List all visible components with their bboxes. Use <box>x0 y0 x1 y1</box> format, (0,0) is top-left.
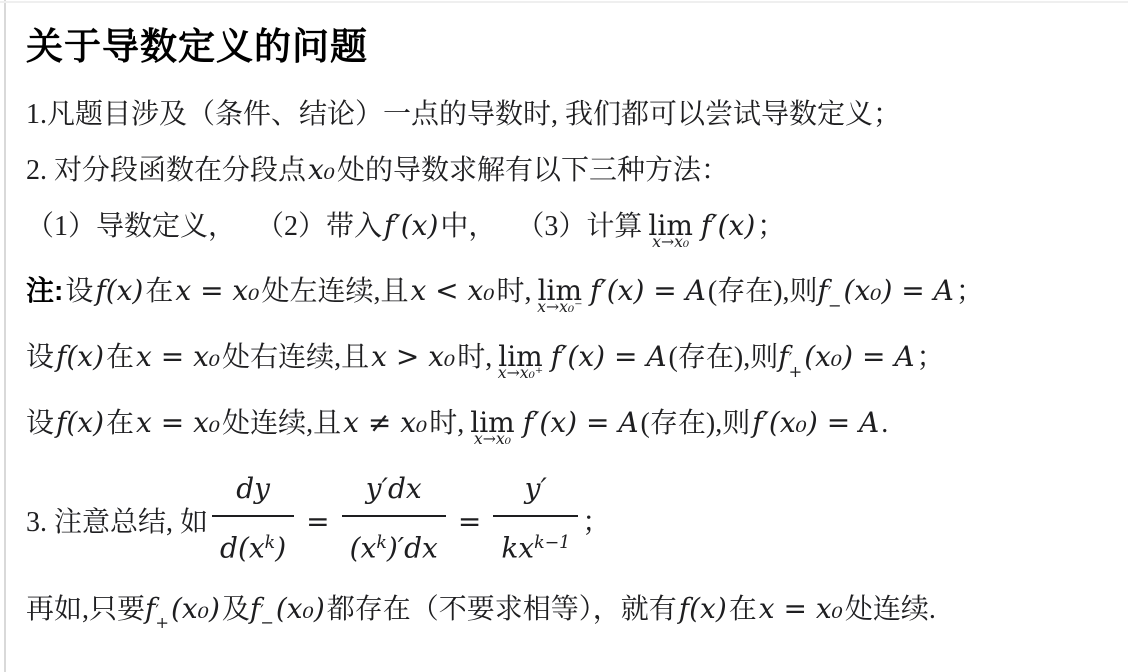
math-inline: f′(x) = A <box>521 406 641 439</box>
math-inline: f′(x₀) = A <box>750 406 881 439</box>
text-run: 再如,只要 <box>26 594 145 625</box>
fraction-denominator: (xk)′dx <box>342 517 446 572</box>
text-run: 2. 对分段函数在分段点 <box>26 155 306 186</box>
math-inline: f′(x) <box>382 209 440 242</box>
math-f: f <box>818 274 828 307</box>
note-line-6: 设f(x)在x = x₀处连续,且x ≠ x₀时,limx→x₀f′(x) = … <box>26 400 1112 447</box>
den-text: )′dx <box>387 532 438 565</box>
den-text: kx <box>501 532 534 565</box>
limit-expression: limx→x₀⁻ <box>532 268 588 315</box>
prime-sign-stack: ′+ <box>155 605 169 630</box>
sign-mark: + <box>789 366 803 379</box>
math-inline: x ≠ x₀ <box>341 406 429 439</box>
text-run: 都存在（不要求相等），就有 <box>327 594 677 625</box>
note-line-1: 1.凡题目涉及（条件、结论）一点的导数时, 我们都可以尝试导数定义； <box>26 92 1112 138</box>
superscript-k: k <box>376 533 387 553</box>
document: 关于导数定义的问题 1.凡题目涉及（条件、结论）一点的导数时, 我们都可以尝试导… <box>0 0 1128 672</box>
text-run: 设 <box>26 342 54 373</box>
fraction-numerator: y′ <box>493 466 578 517</box>
text-run: 1.凡题目涉及（条件、结论）一点的导数时, 我们都可以尝试导数定义； <box>26 99 901 130</box>
text-run: 处左连续,且 <box>261 276 408 307</box>
text-run: 在 <box>145 276 173 307</box>
math-inline: (x₀) = A <box>842 274 956 307</box>
math-f: f <box>250 592 260 625</box>
fraction-ydx-xk-dx: y′dx(xk)′dx <box>338 466 450 572</box>
math-inline: f(x) <box>54 406 106 439</box>
math-f: f <box>145 592 155 625</box>
lim-under: x→x₀⁻ <box>537 284 582 330</box>
prime-sign-stack: ′− <box>828 287 842 312</box>
text-run: 处连续. <box>845 594 936 625</box>
note-line-5: 设f(x)在x = x₀处右连续,且x > x₀时,limx→x₀⁺f′(x) … <box>26 334 1112 381</box>
prime-sign-stack: ′+ <box>789 353 803 378</box>
superscript-k: k <box>265 533 276 553</box>
note-label: 注: <box>26 275 65 306</box>
fraction-numerator: dy <box>212 466 294 517</box>
text-run: （1）导数定义， <box>26 211 236 242</box>
text-run: 中， <box>440 211 496 242</box>
den-text: ) <box>275 532 286 565</box>
sign-mark: − <box>828 300 842 313</box>
text-run: 在 <box>106 408 134 439</box>
document-content: 关于导数定义的问题 1.凡题目涉及（条件、结论）一点的导数时, 我们都可以尝试导… <box>0 0 1128 633</box>
limit-expression: limx→x₀ <box>464 400 520 447</box>
note-line-4: 注:设f(x)在x = x₀处左连续,且x < x₀时,limx→x₀⁻f′(x… <box>26 268 1112 315</box>
text-run: 处连续,且 <box>222 408 341 439</box>
math-inline: f(x) <box>93 274 145 307</box>
fraction-dy-dxk: dyd(xk) <box>208 466 298 572</box>
text-run: 3. 注意总结, 如 <box>26 507 208 538</box>
sign-mark: + <box>155 617 169 630</box>
math-inline: f(x) <box>54 340 106 373</box>
text-run: 在 <box>106 342 134 373</box>
math-inline: (x₀) = A <box>802 340 916 373</box>
note-line-7: 3. 注意总结, 如dyd(xk)=y′dx(xk)′dx=y′kxk−1； <box>26 466 1112 572</box>
math-inline: x = x₀ <box>757 592 845 625</box>
den-text: d(x <box>220 532 265 565</box>
text-run: ； <box>757 211 785 242</box>
fraction-numerator: y′dx <box>342 466 446 517</box>
math-inline: (x₀) <box>274 592 327 625</box>
text-run: （2）带入 <box>270 211 382 242</box>
math-inline: (x₀) <box>169 592 222 625</box>
note-line-8: 再如,只要f′+(x₀)及f′−(x₀)都存在（不要求相等），就有f(x)在x … <box>26 586 1112 633</box>
math-f: f <box>778 340 788 373</box>
f-prime-minus: f′− <box>250 586 274 633</box>
text-run: 在 <box>729 594 757 625</box>
prime-sign-stack: ′− <box>260 605 274 630</box>
text-run: ； <box>582 507 610 538</box>
note-line-2: 2. 对分段函数在分段点x₀处的导数求解有以下三种方法： <box>26 147 1112 194</box>
text-run: 处右连续,且 <box>222 342 369 373</box>
limit-expression: limx→x₀ <box>642 203 698 250</box>
equals-sign: = <box>450 505 489 538</box>
text-run: (存在),则 <box>669 342 779 373</box>
text-run: (存在),则 <box>708 276 818 307</box>
page-title: 关于导数定义的问题 <box>26 16 1112 70</box>
equals-sign: = <box>298 505 337 538</box>
text-run: ； <box>917 342 945 373</box>
text-run: 设 <box>26 408 54 439</box>
math-inline: x₀ <box>306 153 337 186</box>
math-inline: x = x₀ <box>173 274 261 307</box>
f-prime-plus: f′+ <box>778 334 802 381</box>
text-run: （3）计算 <box>530 211 642 242</box>
math-inline: x = x₀ <box>134 340 222 373</box>
text-run: ； <box>956 276 984 307</box>
lim-under: x→x₀ <box>474 416 511 462</box>
lim-under: x→x₀ <box>652 219 689 265</box>
den-text: (x <box>350 532 377 565</box>
math-inline: f′(x) = A <box>588 274 708 307</box>
fraction-denominator: d(xk) <box>212 517 294 572</box>
math-inline: x > x₀ <box>369 340 457 373</box>
math-inline: f′(x) <box>699 209 757 242</box>
superscript-k-minus-1: k−1 <box>534 533 570 553</box>
note-line-3: （1）导数定义，（2）带入f′(x)中，（3）计算limx→x₀f′(x)； <box>26 203 1112 250</box>
math-inline: f′(x) = A <box>549 340 669 373</box>
limit-expression: limx→x₀⁺ <box>492 334 548 381</box>
text-run: . <box>881 408 888 439</box>
f-prime-plus: f′+ <box>145 586 169 633</box>
lim-under: x→x₀⁺ <box>498 350 543 396</box>
f-prime-minus: f′− <box>818 268 842 315</box>
math-inline: f(x) <box>677 592 729 625</box>
text-run: 及 <box>222 594 250 625</box>
text-run: 时, <box>497 276 532 307</box>
math-inline: x = x₀ <box>134 406 222 439</box>
text-run: 时, <box>429 408 464 439</box>
fraction-denominator: kxk−1 <box>493 517 578 572</box>
text-run: 时, <box>457 342 492 373</box>
fraction-yprime-kxk1: y′kxk−1 <box>489 466 582 572</box>
text-run: (存在),则 <box>641 408 751 439</box>
text-run: 设 <box>65 276 93 307</box>
text-run: 处的导数求解有以下三种方法： <box>337 155 729 186</box>
math-inline: x < x₀ <box>408 274 496 307</box>
sign-mark: − <box>260 617 274 630</box>
